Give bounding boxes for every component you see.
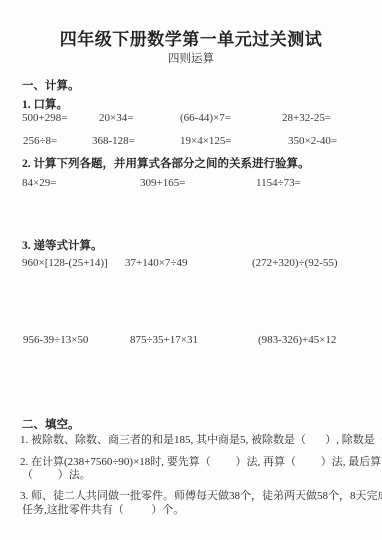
section-fill-heading: 二、填空。 bbox=[22, 416, 80, 432]
oral-expression: 350×2-40= bbox=[288, 135, 337, 147]
oral-expression: 28+32-25= bbox=[282, 112, 331, 124]
fill-item-3-line-2: 任务,这批零件共有（ ）个。 bbox=[22, 501, 184, 517]
stepwise-expression: 875÷35+17×31 bbox=[130, 334, 198, 346]
check-expression: 1154÷73= bbox=[256, 177, 301, 189]
fill-item-1-line-1: 1. 被除数、除数、商三者的和是185, 其中商是5, 被除数是（ ）, 除数是… bbox=[20, 431, 382, 447]
stepwise-expression: 956-39÷13×50 bbox=[23, 334, 88, 346]
section-calc-heading: 一、计算。 bbox=[22, 77, 80, 93]
stepwise-expression: 960×[128-(25+14)] bbox=[22, 257, 108, 269]
test-paper: 四年级下册数学第一单元过关测试 四则运算 一、计算。 1. 口算。 500+29… bbox=[0, 0, 382, 540]
stepwise-expression: (272+320)÷(92-55) bbox=[252, 257, 338, 269]
check-calc-heading: 2. 计算下列各题，并用算式各部分之间的关系进行验算。 bbox=[22, 155, 310, 171]
page-subtitle: 四则运算 bbox=[0, 50, 382, 66]
stepwise-expression: (983-326)+45×12 bbox=[258, 334, 336, 346]
stepwise-calc-heading: 3. 递等式计算。 bbox=[22, 237, 103, 253]
oral-expression: 256÷8= bbox=[23, 135, 57, 147]
oral-expression: 368-128= bbox=[92, 135, 135, 147]
oral-expression: (66-44)×7= bbox=[180, 112, 231, 124]
stepwise-expression: 37+140×7÷49 bbox=[125, 257, 187, 269]
check-expression: 309+165= bbox=[140, 177, 185, 189]
page-title: 四年级下册数学第一单元过关测试 bbox=[0, 25, 382, 50]
check-expression: 84×29= bbox=[22, 177, 56, 189]
oral-expression: 500+298= bbox=[22, 112, 67, 124]
oral-expression: 19×4×125= bbox=[180, 135, 232, 147]
oral-expression: 20×34= bbox=[99, 112, 133, 124]
fill-item-2-line-2: （ ）法。 bbox=[22, 466, 91, 482]
oral-calc-heading: 1. 口算。 bbox=[22, 96, 68, 112]
